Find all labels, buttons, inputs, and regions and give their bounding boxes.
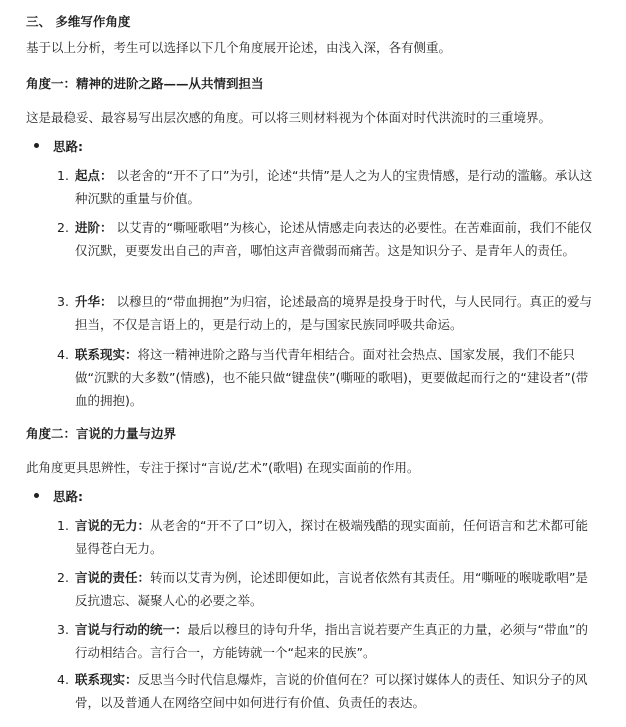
item-label: 言说的无力： [75, 518, 150, 533]
item-text: 将这一精神进阶之路与当代青年相结合。面对社会热点、国家发展，我们不能只做“沉默的… [75, 347, 588, 408]
item-label: 联系现实： [75, 347, 138, 362]
item-label: 起点： [75, 168, 113, 183]
angle-1-bullet: 思路: [34, 137, 83, 155]
item-text: 从老舍的“开不了口”切入，探讨在极端残酷的现实面前，任何语言和艺术都可能显得苍白… [75, 518, 588, 556]
intro-paragraph: 基于以上分析，考生可以选择以下几个角度展开论述，由浅入深，各有侧重。 [26, 38, 606, 58]
angle-1-title: 角度一：精神的进阶之路——从共情到担当 [26, 74, 264, 92]
item-number: 3. [57, 618, 75, 664]
list-item: 2.言说的责任：转而以艾青为例，论述即便如此，言说者依然有其责任。用“嘶哑的喉咙… [57, 566, 596, 612]
list-item: 3.升华： 以穆旦的“带血拥抱”为归宿，论述最高的境界是投身于时代，与人民同行。… [57, 290, 596, 336]
item-number: 1. [57, 164, 75, 210]
angle-2-description: 此角度更具思辨性，专注于探讨“言说/艺术”(歌唱) 在现实面前的作用。 [26, 458, 606, 478]
bullet-dot-icon [34, 143, 39, 148]
item-number: 4. [57, 668, 75, 714]
list-item: 1.言说的无力：从老舍的“开不了口”切入，探讨在极端残酷的现实面前，任何语言和艺… [57, 514, 596, 560]
bullet-label: 思路: [53, 139, 83, 154]
section-title: 三、 多维写作角度 [26, 12, 130, 30]
item-label: 升华： [75, 294, 113, 309]
list-item: 1.起点： 以老舍的“开不了口”为引，论述“共情”是人之为人的宝贵情感，是行动的… [57, 164, 596, 210]
item-label: 言说的责任： [75, 570, 150, 585]
item-number: 2. [57, 566, 75, 612]
list-item: 3.言说与行动的统一：最后以穆旦的诗句升华，指出言说若要产生真正的力量，必须与“… [57, 618, 596, 664]
item-text: 反思当今时代信息爆炸，言说的价值何在？可以探讨媒体人的责任、知识分子的风骨，以及… [75, 672, 588, 710]
angle-2-title: 角度二：言说的力量与边界 [26, 424, 176, 442]
list-item: 2.进阶： 以艾青的“嘶哑歌唱”为核心，论述从情感走向表达的必要性。在苦难面前，… [57, 216, 596, 262]
list-item: 4.联系现实：将这一精神进阶之路与当代青年相结合。面对社会热点、国家发展，我们不… [57, 343, 596, 412]
item-number: 4. [57, 343, 75, 412]
item-text: 以穆旦的“带血拥抱”为归宿，论述最高的境界是投身于时代，与人民同行。真正的爱与担… [75, 294, 592, 332]
item-label: 联系现实： [75, 672, 138, 687]
item-text: 转而以艾青为例，论述即便如此，言说者依然有其责任。用“嘶哑的喉咙歌唱”是反抗遗忘… [75, 570, 588, 608]
angle-1-description: 这是最稳妥、最容易写出层次感的角度。可以将三则材料视为个体面对时代洪流时的三重境… [26, 108, 606, 128]
bullet-dot-icon [34, 493, 39, 498]
item-label: 言说与行动的统一： [75, 622, 188, 637]
list-item: 4.联系现实：反思当今时代信息爆炸，言说的价值何在？可以探讨媒体人的责任、知识分… [57, 668, 596, 714]
item-number: 1. [57, 514, 75, 560]
item-text: 以艾青的“嘶哑歌唱”为核心，论述从情感走向表达的必要性。在苦难面前，我们不能仅仅… [75, 220, 592, 258]
item-number: 3. [57, 290, 75, 336]
angle-2-bullet: 思路: [34, 487, 83, 505]
bullet-label: 思路: [53, 489, 83, 504]
item-number: 2. [57, 216, 75, 262]
item-text: 以老舍的“开不了口”为引，论述“共情”是人之为人的宝贵情感，是行动的滥觞。承认这… [75, 168, 592, 206]
item-label: 进阶： [75, 220, 113, 235]
